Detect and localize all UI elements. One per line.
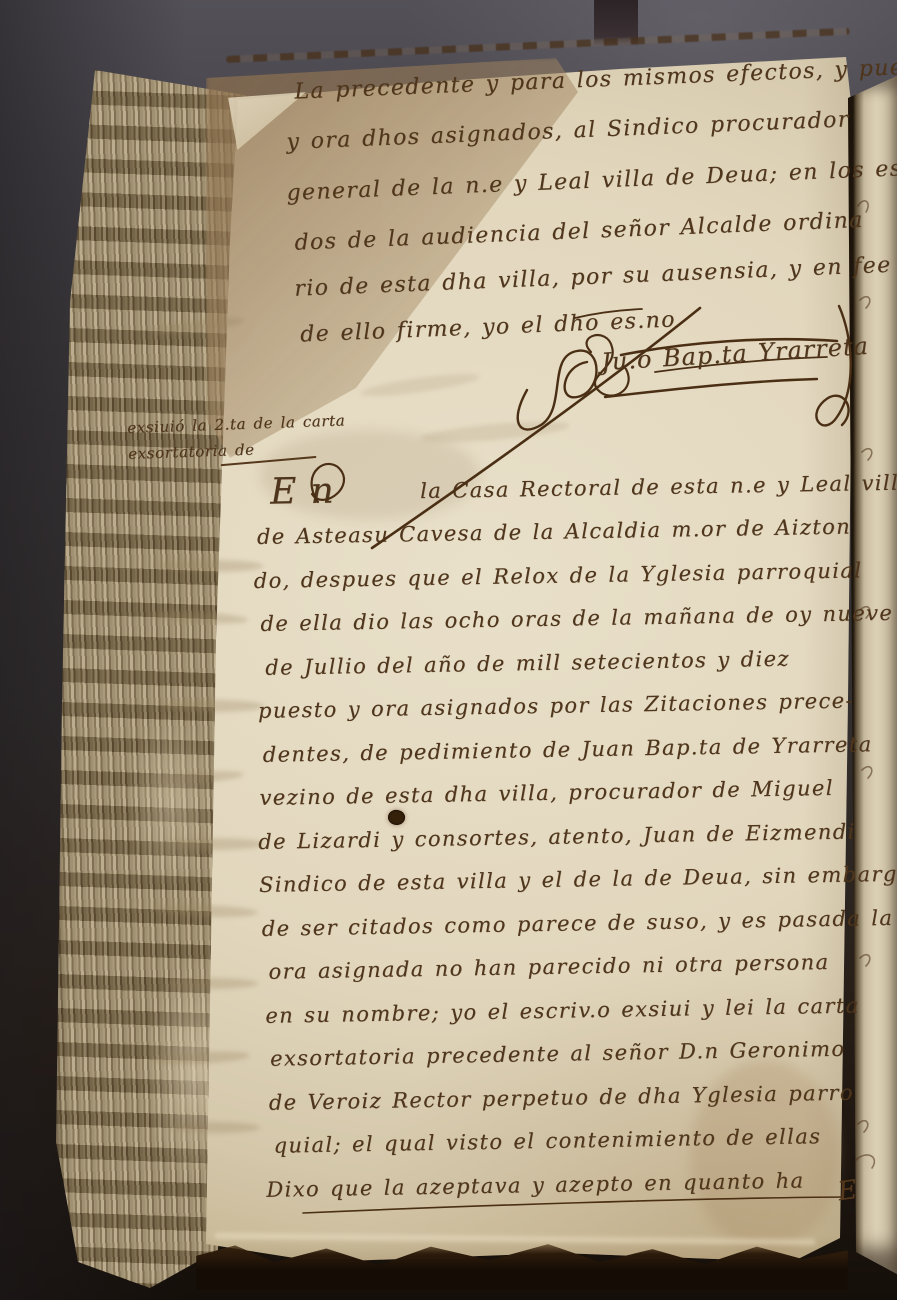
show-through-mark <box>158 560 263 572</box>
manuscript-line: de Veroiz Rector perpetuo de dha Yglesia… <box>269 1081 854 1115</box>
ragged-top-edge <box>226 28 850 63</box>
manuscript-line: de Jullio del año de mill setecientos y … <box>265 647 790 680</box>
manuscript-line: rio de esta dha villa, por su ausensia, … <box>294 253 892 302</box>
manuscript-line: general de la n.e y Leal villa de Deua; … <box>286 155 897 206</box>
end-mark: E <box>836 1175 860 1208</box>
paragraph-initial: En <box>270 470 348 512</box>
show-through-mark <box>168 1122 260 1133</box>
show-through-mark <box>168 838 264 850</box>
manuscript-line: puesto y ora asignados por las Zitacione… <box>258 689 854 723</box>
manuscript-photo: { "page": { "kind": "bound manuscript pa… <box>0 0 897 1300</box>
manuscript-line: ora asignada no han parecido ni otra per… <box>268 950 829 984</box>
manuscript-line: y ora dhos asignados, al Sindico procura… <box>286 107 850 155</box>
manuscript-line: Dixo que la azeptava y azepto en quanto … <box>266 1168 805 1201</box>
manuscript-line: La precedente y para los mismos efectos,… <box>294 54 897 105</box>
signature-name: Ju.o Bap.ta Yrarreta <box>600 332 869 376</box>
manuscript-line: de ella dio las ocho oras de la mañana d… <box>260 601 893 636</box>
manuscript-line: dos de la audiencia del señor Alcalde or… <box>294 208 864 256</box>
show-through-mark <box>164 700 264 712</box>
manuscript-line: do, despues que el Relox de la Yglesia p… <box>254 558 863 593</box>
manuscript-line: dentes, de pedimiento de Juan Bap.ta de … <box>263 732 873 767</box>
manuscript-line: exsortatoria precedente al señor D.n Ger… <box>270 1037 846 1071</box>
manuscript-line: de Lizardi y consortes, atento, Juan de … <box>258 820 856 854</box>
manuscript-line: quial; el qual visto el contenimiento de… <box>273 1124 821 1158</box>
manuscript-line: de Asteasu Cavesa de la Alcaldia m.or de… <box>257 515 852 549</box>
signature-block: Ju.o Bap.ta Yrarreta <box>505 298 860 443</box>
manuscript-line: de ser citados como parece de suso, y es… <box>262 906 894 941</box>
show-through-mark <box>164 978 258 989</box>
manuscript-line: Sindico de esta villa y el de la de Deua… <box>259 862 897 897</box>
main-paragraph: En la Casa Rectoral de esta n.e y Leal v… <box>252 471 890 1212</box>
manuscript-line: vezino de esta dha villa, procurador de … <box>259 776 834 810</box>
manuscript-line: en su nombre; yo el escriv.o exsiui y le… <box>265 993 860 1027</box>
